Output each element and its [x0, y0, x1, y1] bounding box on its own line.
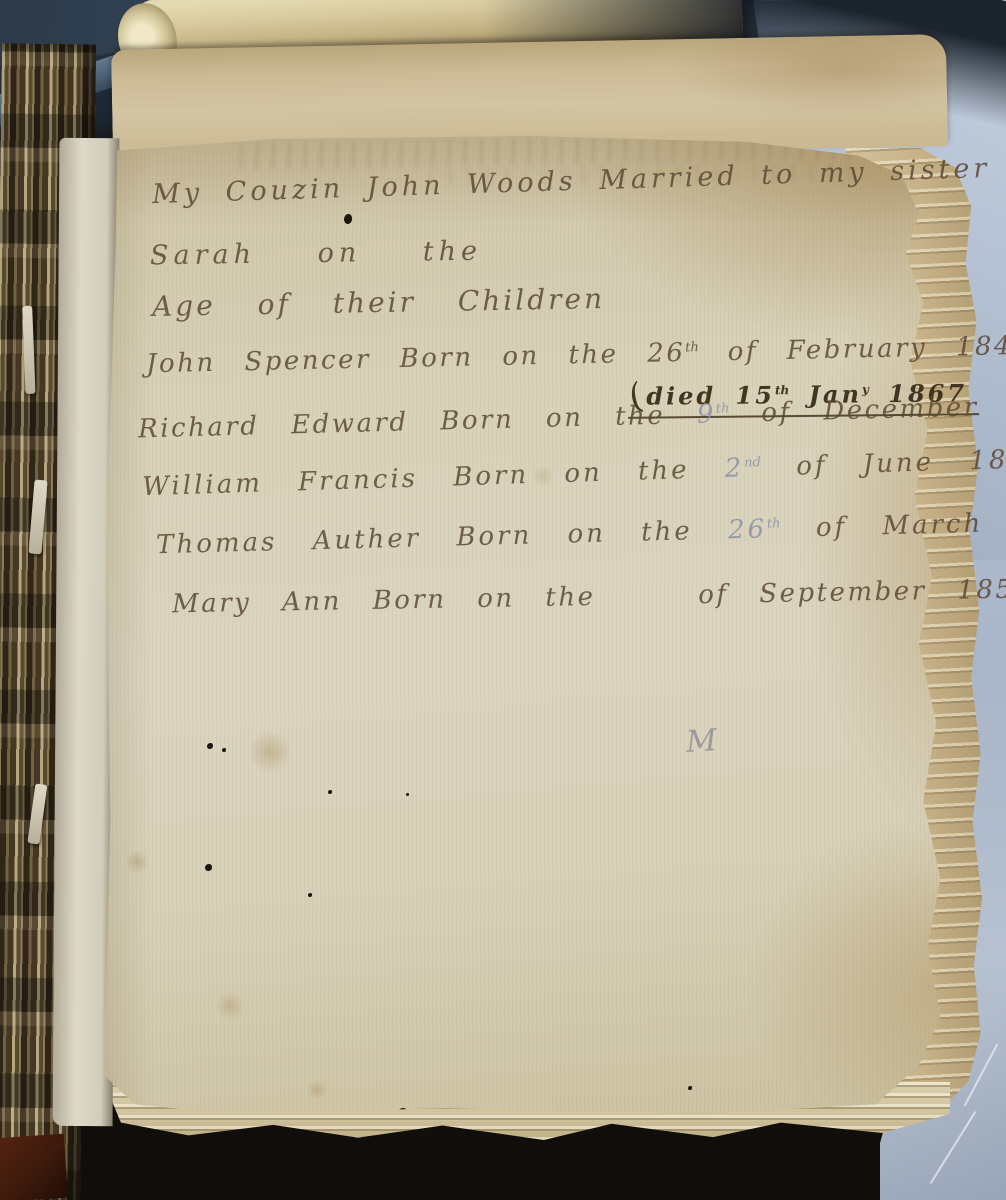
foxing-stain	[530, 466, 556, 486]
show-through-writing	[430, 162, 860, 188]
foxing-stain	[246, 732, 294, 772]
ink-speck	[688, 1086, 692, 1090]
ink-speck	[328, 790, 332, 794]
ink-speck	[308, 893, 312, 897]
ink-speck	[207, 743, 213, 749]
foxing-stain	[124, 850, 150, 874]
binding-fragment	[27, 783, 47, 844]
spine-bottom-corner	[0, 1134, 68, 1200]
binding-fragment	[28, 480, 47, 555]
manuscript-page	[100, 136, 962, 1114]
ink-speck	[205, 864, 212, 871]
foxing-stain	[214, 992, 246, 1020]
ink-speck	[406, 793, 409, 796]
scratch-line	[930, 1111, 977, 1184]
binding-fragment	[22, 306, 35, 394]
ink-speck	[344, 214, 352, 224]
foxing-stain	[306, 1080, 328, 1100]
photo-scene: My Couzin John Woods Married to my siste…	[0, 0, 1006, 1200]
ink-speck	[222, 748, 226, 752]
